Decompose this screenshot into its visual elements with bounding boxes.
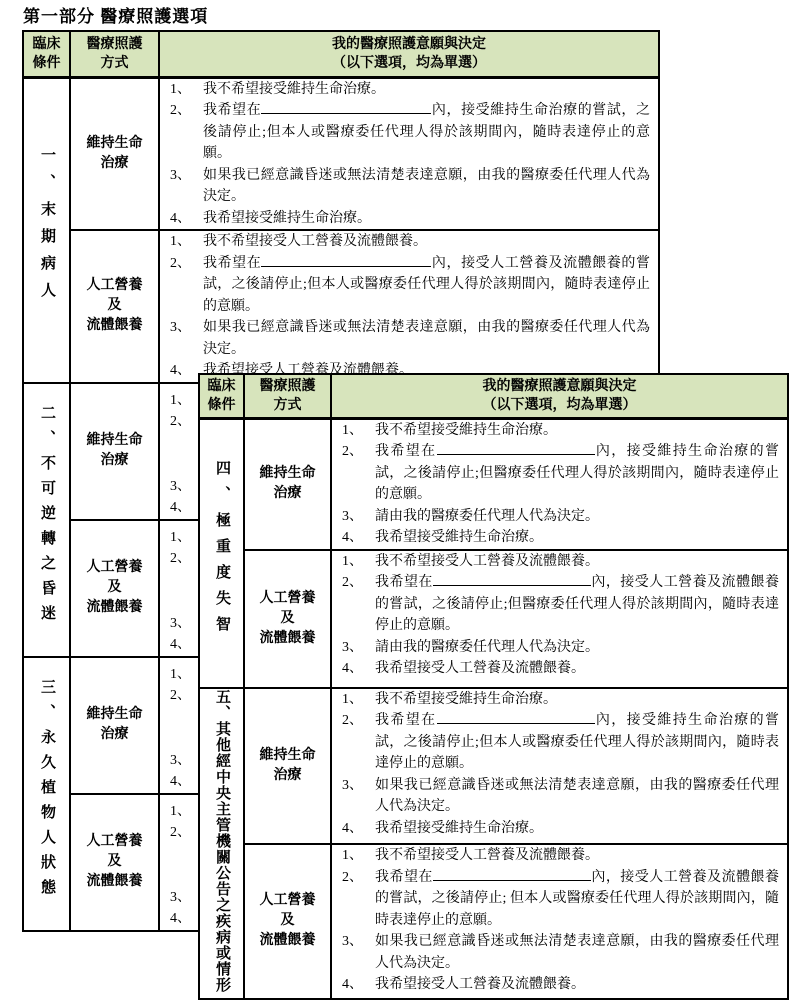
cell-care-life-sustaining: 維持生命治療 [244,418,331,550]
option-text: 我不希望接受人工營養及流體餵養。 [375,845,779,867]
page-title: 第一部分 醫療照護選項 [23,2,208,27]
header-clinical-condition: 臨床 條件 [199,374,244,418]
option-number: 4、 [342,527,375,549]
option-text: 我希望接受維持生命治療。 [203,208,650,230]
cell-condition-vegetative-state: 三、永久植物人狀態 [23,657,70,931]
option-line: 2、 我希望在內，接受人工營養及流體餵養的嘗試，之後請停止;但醫療委任代理人得於… [332,572,787,637]
option-line: 4、 我希望接受維持生命治療。 [332,527,787,549]
table-row: 四、極重度失智 維持生命治療 1、 我不希望接受維持生命治療。 2、 我希望在內… [199,418,788,550]
option-number: 1、 [170,79,203,101]
option-line: 2、 我希望在內，接受維持生命治療的嘗試，之後請停止;但本人或醫療委任代理人得於… [332,710,787,775]
option-text: 我不希望接受人工營養及流體餵養。 [375,551,779,573]
option-text: 我希望接受維持生命治療。 [375,527,779,549]
option-number: 3、 [170,317,203,360]
option-text: 請由我的醫療委任代理人代為決定。 [375,637,779,659]
cell-care-artificial-nutrition: 人工營養及流體餵養 [70,520,159,657]
care-label: 維持生命治療 [71,134,158,174]
option-number: 3、 [342,931,375,974]
option-number: 4、 [342,974,375,996]
option-line: 2、 我希望在內，接受維持生命治療的嘗試，之後請停止;但醫療委任代理人得於該期間… [332,441,787,506]
header-care-method: 醫療照護 方式 [244,374,331,418]
header-clinical-line1: 臨床 [33,37,61,52]
header-decision-line1: 我的醫療照護意願與決定 [332,37,486,52]
option-line: 4、 我希望接受維持生命治療。 [160,208,658,230]
option-number: 2、 [342,441,375,506]
cell-condition-irreversible-coma: 二、不可逆轉之昏迷 [23,383,70,657]
table-row: 五、其他經中央主管機關公告之疾病或情形 維持生命治療 1、 我不希望接受維持生命… [199,688,788,845]
option-line: 1、 我不希望接受維持生命治療。 [332,689,787,711]
header-decision: 我的醫療照護意願與決定 （以下選項，均為單選） [331,374,788,418]
condition-label: 二、不可逆轉之昏迷 [39,405,54,630]
header-care-line1: 醫療照護 [260,379,316,394]
cell-condition-other-announced-diseases: 五、其他經中央主管機關公告之疾病或情形 [199,688,244,999]
option-number: 1、 [342,551,375,573]
option-text: 我希望在內，接受人工營養及流體餵養的嘗試，之後請停止; 但本人或醫療委任代理人得… [375,867,779,932]
option-number: 4、 [342,658,375,680]
option-line: 3、 如果我已經意識昏迷或無法清楚表達意願，由我的醫療委任代理人代為決定。 [160,165,658,208]
option-text: 我希望接受人工營養及流體餵養。 [375,974,779,996]
option-line: 3、 如果我已經意識昏迷或無法清楚表達意願，由我的醫療委任代理人代為決定。 [160,317,658,360]
option-text: 如果我已經意識昏迷或無法清楚表達意願，由我的醫療委任代理人代為決定。 [375,775,779,818]
cell-condition-severe-dementia: 四、極重度失智 [199,418,244,688]
option-text: 我希望接受維持生命治療。 [375,818,779,840]
cell-care-artificial-nutrition: 人工營養及流體餵養 [244,844,331,998]
header-care-method: 醫療照護 方式 [70,31,159,77]
cell-care-artificial-nutrition: 人工營養及流體餵養 [70,230,159,383]
care-label: 維持生命治療 [71,431,158,471]
option-text: 我希望接受人工營養及流體餵養。 [375,658,779,680]
header-clinical-condition: 臨床 條件 [23,31,70,77]
table-row: 人工營養及流體餵養 1、 我不希望接受人工營養及流體餵養。 2、 我希望在內，接… [23,230,659,383]
header-decision-line2: （以下選項，均為單選） [483,398,637,413]
header-decision-line1: 我的醫療照護意願與決定 [483,379,637,394]
option-text: 如果我已經意識昏迷或無法清楚表達意願，由我的醫療委任代理人代為決定。 [203,165,650,208]
cell-care-life-sustaining: 維持生命治療 [244,688,331,845]
option-number: 2、 [342,867,375,932]
option-line: 2、 我希望在內，接受人工營養及流體餵養的嘗試，之後請停止; 但本人或醫療委任代… [332,867,787,932]
condition-label: 三、永久植物人狀態 [39,679,54,904]
option-text: 我希望在內，接受維持生命治療的嘗試，之後請停止;但本人或醫療委任代理人得於該期間… [203,100,650,165]
condition-label: 四、極重度失智 [214,460,229,642]
care-label: 人工營養及流體餵養 [245,589,330,649]
option-text: 我不希望接受維持生命治療。 [375,689,779,711]
option-text: 如果我已經意識昏迷或無法清楚表達意願，由我的醫療委任代理人代為決定。 [375,931,779,974]
option-line: 2、 我希望在內，接受人工營養及流體餵養的嘗試，之後請停止;但本人或醫療委任代理… [160,253,658,318]
option-line: 4、 我希望接受人工營養及流體餵養。 [332,658,787,680]
fill-in-blank-line [433,572,591,586]
option-text: 我希望在內，接受維持生命治療的嘗試，之後請停止;但本人或醫療委任代理人得於該期間… [375,710,779,775]
header-decision: 我的醫療照護意願與決定 （以下選項，均為單選） [159,31,659,77]
header-care-line2: 方式 [101,56,129,71]
cell-options-other-lst: 1、 我不希望接受維持生命治療。 2、 我希望在內，接受維持生命治療的嘗試，之後… [331,688,788,845]
cell-care-life-sustaining: 維持生命治療 [70,657,159,794]
cell-care-artificial-nutrition: 人工營養及流體餵養 [244,550,331,688]
option-line: 3、 如果我已經意識昏迷或無法清楚表達意願，由我的醫療委任代理人代為決定。 [332,775,787,818]
care-label: 維持生命治療 [245,746,330,786]
header-clinical-line1: 臨床 [208,379,236,394]
option-line: 1、 我不希望接受人工營養及流體餵養。 [160,231,658,253]
option-line: 3、 請由我的醫療委任代理人代為決定。 [332,637,787,659]
option-line: 4、 我希望接受人工營養及流體餵養。 [332,974,787,996]
option-number: 1、 [342,420,375,442]
option-line: 3、 請由我的醫療委任代理人代為決定。 [332,506,787,528]
option-text: 請由我的醫療委任代理人代為決定。 [375,506,779,528]
option-number: 1、 [342,689,375,711]
care-label: 維持生命治療 [245,464,330,504]
cell-options-dementia-lst: 1、 我不希望接受維持生命治療。 2、 我希望在內，接受維持生命治療的嘗試，之後… [331,418,788,550]
condition-label: 五、其他經中央主管機關公告之疾病或情形 [214,689,229,993]
option-text: 我希望在內，接受人工營養及流體餵養的嘗試，之後請停止;但醫療委任代理人得於該期間… [375,572,779,637]
option-text: 我不希望接受維持生命治療。 [375,420,779,442]
fill-in-blank-line [437,441,595,455]
header-care-line2: 方式 [274,398,302,413]
table-row: 人工營養及流體餵養 1、 我不希望接受人工營養及流體餵養。 2、 我希望在內，接… [199,550,788,688]
option-text: 如果我已經意識昏迷或無法清楚表達意願，由我的醫療委任代理人代為決定。 [203,317,650,360]
table2-header-row: 臨床 條件 醫療照護 方式 我的醫療照護意願與決定 （以下選項，均為單選） [199,374,788,418]
option-number: 2、 [342,710,375,775]
option-number: 3、 [170,165,203,208]
table1-header-row: 臨床 條件 醫療照護 方式 我的醫療照護意願與決定 （以下選項，均為單選） [23,31,659,77]
header-decision-line2: （以下選項，均為單選） [332,56,486,71]
header-care-line1: 醫療照護 [87,37,143,52]
table-row: 人工營養及流體餵養 1、 我不希望接受人工營養及流體餵養。 2、 我希望在內，接… [199,844,788,998]
cell-options-dementia-anh: 1、 我不希望接受人工營養及流體餵養。 2、 我希望在內，接受人工營養及流體餵養… [331,550,788,688]
option-number: 4、 [170,208,203,230]
option-number: 3、 [342,637,375,659]
option-text: 我希望在內，接受維持生命治療的嘗試，之後請停止;但醫療委任代理人得於該期間內，隨… [375,441,779,506]
header-clinical-line2: 條件 [208,398,236,413]
option-line: 1、 我不希望接受人工營養及流體餵養。 [332,845,787,867]
fill-in-blank-line [437,710,595,724]
cell-options-terminal-anh: 1、 我不希望接受人工營養及流體餵養。 2、 我希望在內，接受人工營養及流體餵養… [159,230,659,383]
option-line: 2、 我希望在內，接受維持生命治療的嘗試，之後請停止;但本人或醫療委任代理人得於… [160,100,658,165]
option-number: 1、 [170,231,203,253]
cell-options-terminal-lst: 1、 我不希望接受維持生命治療。 2、 我希望在內，接受維持生命治療的嘗試，之後… [159,77,659,230]
care-label: 人工營養及流體餵養 [71,276,158,336]
option-number: 2、 [170,253,203,318]
option-line: 3、 如果我已經意識昏迷或無法清楚表達意願，由我的醫療委任代理人代為決定。 [332,931,787,974]
option-number: 1、 [342,845,375,867]
care-options-table-part2: 臨床 條件 醫療照護 方式 我的醫療照護意願與決定 （以下選項，均為單選） 四、… [198,373,789,1000]
fill-in-blank-line [433,867,591,881]
cell-care-artificial-nutrition: 人工營養及流體餵養 [70,794,159,931]
option-line: 1、 我不希望接受維持生命治療。 [160,79,658,101]
cell-options-other-anh: 1、 我不希望接受人工營養及流體餵養。 2、 我希望在內，接受人工營養及流體餵養… [331,844,788,998]
care-label: 人工營養及流體餵養 [245,891,330,951]
option-text: 我不希望接受人工營養及流體餵養。 [203,231,650,253]
table-row: 一、末期病人 維持生命治療 1、 我不希望接受維持生命治療。 2、 我希望在內，… [23,77,659,230]
option-number: 3、 [342,775,375,818]
option-line: 1、 我不希望接受人工營養及流體餵養。 [332,551,787,573]
care-label: 人工營養及流體餵養 [71,832,158,892]
option-number: 3、 [342,506,375,528]
option-number: 2、 [342,572,375,637]
option-number: 2、 [170,100,203,165]
option-line: 1、 我不希望接受維持生命治療。 [332,420,787,442]
cell-care-life-sustaining: 維持生命治療 [70,383,159,520]
cell-condition-terminal-patient: 一、末期病人 [23,77,70,383]
option-number: 4、 [342,818,375,840]
fill-in-blank-line [261,100,431,114]
option-text: 我不希望接受維持生命治療。 [203,79,650,101]
option-text: 我希望在內，接受人工營養及流體餵養的嘗試，之後請停止;但本人或醫療委任代理人得於… [203,253,650,318]
header-clinical-line2: 條件 [33,56,61,71]
option-line: 4、 我希望接受維持生命治療。 [332,818,787,840]
care-label: 維持生命治療 [71,705,158,745]
care-label: 人工營養及流體餵養 [71,558,158,618]
cell-care-life-sustaining: 維持生命治療 [70,77,159,230]
condition-label: 一、末期病人 [39,147,54,309]
fill-in-blank-line [261,253,431,267]
